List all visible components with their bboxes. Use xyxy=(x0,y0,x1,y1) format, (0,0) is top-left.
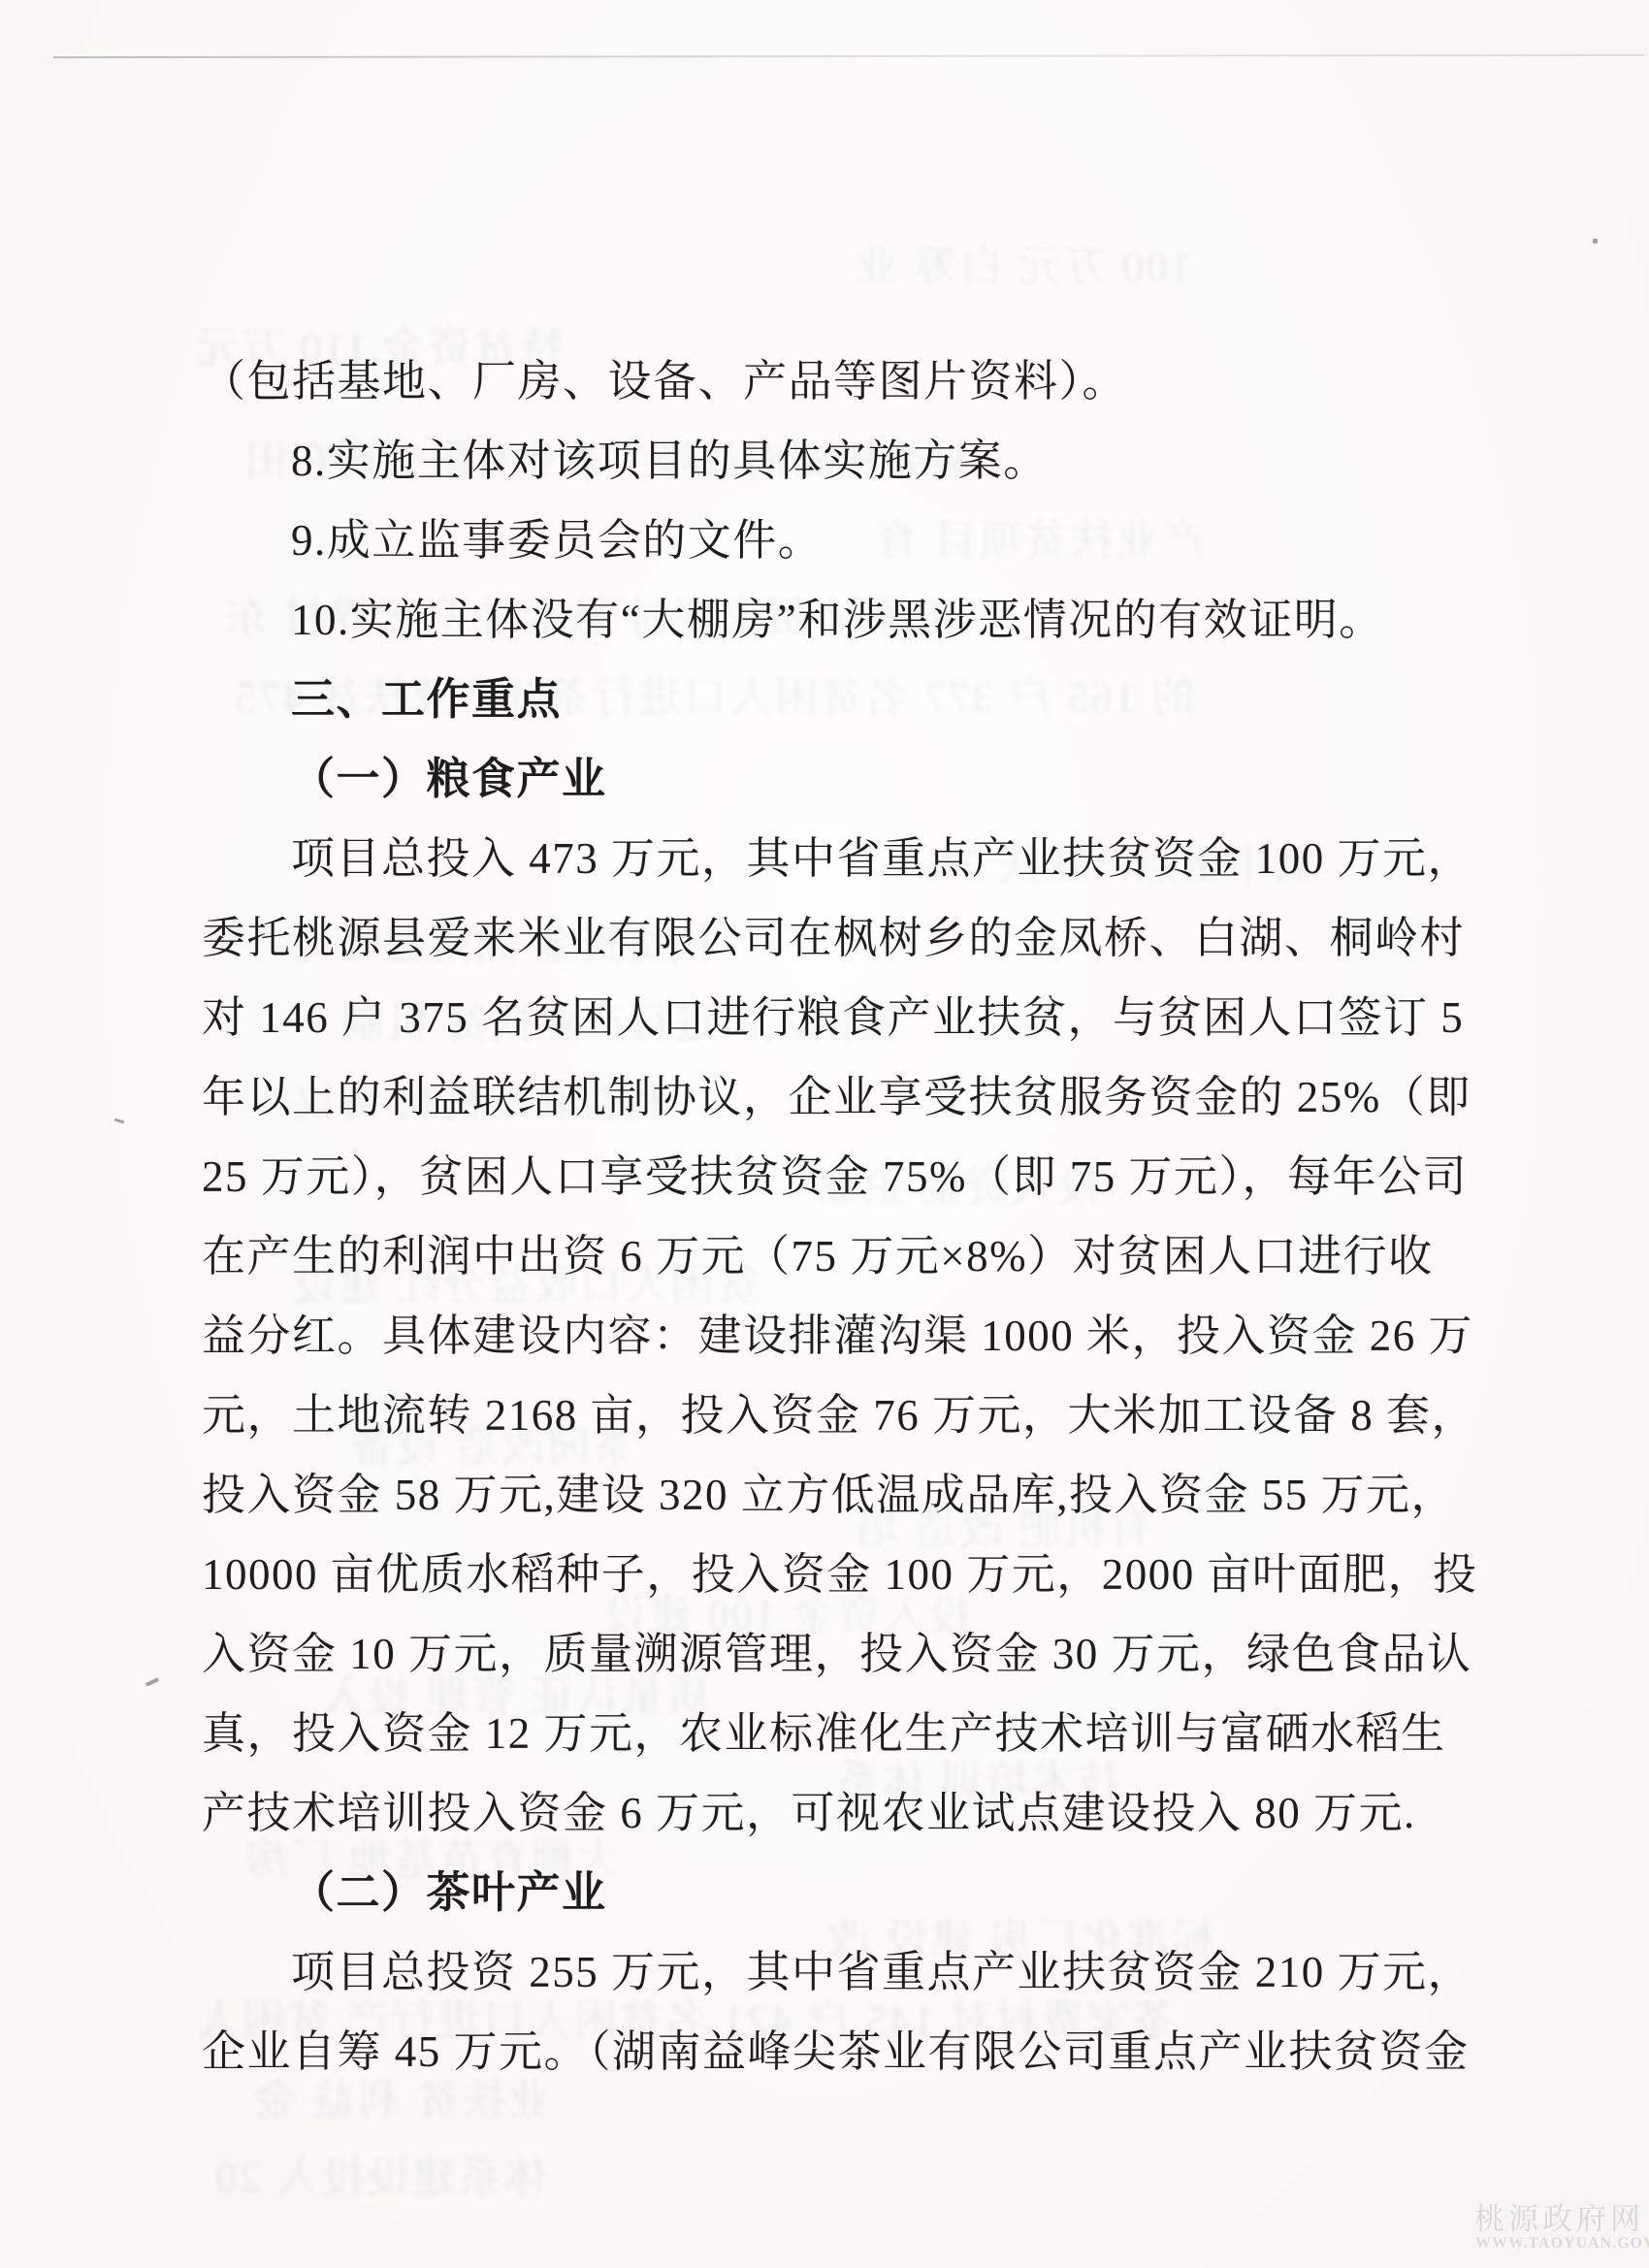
text-line: 投入资金 58 万元,建设 320 立方低温成品库,投入资金 55 万元， xyxy=(202,1455,1492,1535)
text-line: （包括基地、厂房、设备、产品等图片资料）。 xyxy=(202,341,1492,421)
text-line: 8.实施主体对该项目的具体实施方案。 xyxy=(202,421,1492,501)
scan-speck xyxy=(114,1118,124,1123)
site-watermark-title: 桃源政府网 xyxy=(1474,2194,1644,2238)
text-line: 项目总投资 255 万元，其中省重点产业扶贫资金 210 万元， xyxy=(202,1932,1492,2012)
scan-speck xyxy=(1593,239,1598,243)
text-line: 益分红。具体建设内容：建设排灌沟渠 1000 米，投入资金 26 万 xyxy=(202,1296,1492,1376)
bleedthrough-text: 体系建设投入 20 xyxy=(213,2142,547,2205)
section-heading: （一）粮食产业 xyxy=(202,739,1492,819)
text-line: 元，土地流转 2168 亩，投入资金 76 万元，大米加工设备 8 套， xyxy=(202,1376,1492,1455)
text-line: 10000 亩优质水稻种子，投入资金 100 万元，2000 亩叶面肥，投 xyxy=(202,1535,1492,1614)
site-watermark-url: WWW.TAOYUAN.GOV.CN xyxy=(1475,2235,1649,2252)
document-page: 100 万元 白筹 业特贫资金 110 万元县委托湖南益峰尖茶业有限公司在田产业… xyxy=(0,0,1649,2268)
bleedthrough-text: 100 万元 白筹 业 xyxy=(854,231,1191,294)
scan-speck xyxy=(145,1677,159,1687)
text-line: 项目总投入 473 万元，其中省重点产业扶贫资金 100 万元， xyxy=(202,819,1492,898)
scan-artifact-line xyxy=(53,54,1644,58)
text-line: 委托桃源县爱来米业有限公司在枫树乡的金凤桥、白湖、桐岭村 xyxy=(202,898,1492,978)
text-line: 9.成立监事委员会的文件。 xyxy=(202,501,1492,580)
text-line: 10.实施主体没有“大棚房”和涉黑涉恶情况的有效证明。 xyxy=(202,580,1492,660)
text-line: 25 万元），贫困人口享受扶贫资金 75%（即 75 万元），每年公司 xyxy=(202,1137,1492,1216)
text-line: 对 146 户 375 名贫困人口进行粮食产业扶贫，与贫困人口签订 5 xyxy=(202,978,1492,1057)
text-line: 企业自筹 45 万元。（湖南益峰尖茶业有限公司重点产业扶贫资金 xyxy=(202,2012,1492,2091)
document-body: （包括基地、厂房、设备、产品等图片资料）。8.实施主体对该项目的具体实施方案。9… xyxy=(202,341,1492,2091)
text-line: 年以上的利益联结机制协议，企业享受扶贫服务资金的 25%（即 xyxy=(202,1057,1492,1137)
text-line: 真，投入资金 12 万元，农业标准化生产技术培训与富硒水稻生 xyxy=(202,1694,1492,1773)
text-line: 在产生的利润中出资 6 万元（75 万元×8%）对贫困人口进行收 xyxy=(202,1216,1492,1296)
section-heading: （二）茶叶产业 xyxy=(202,1853,1492,1932)
section-heading: 三、工作重点 xyxy=(202,660,1492,739)
text-line: 入资金 10 万元，质量溯源管理，投入资金 30 万元，绿色食品认 xyxy=(202,1614,1492,1694)
text-line: 产技术培训投入资金 6 万元，可视农业试点建设投入 80 万元. xyxy=(202,1773,1492,1853)
